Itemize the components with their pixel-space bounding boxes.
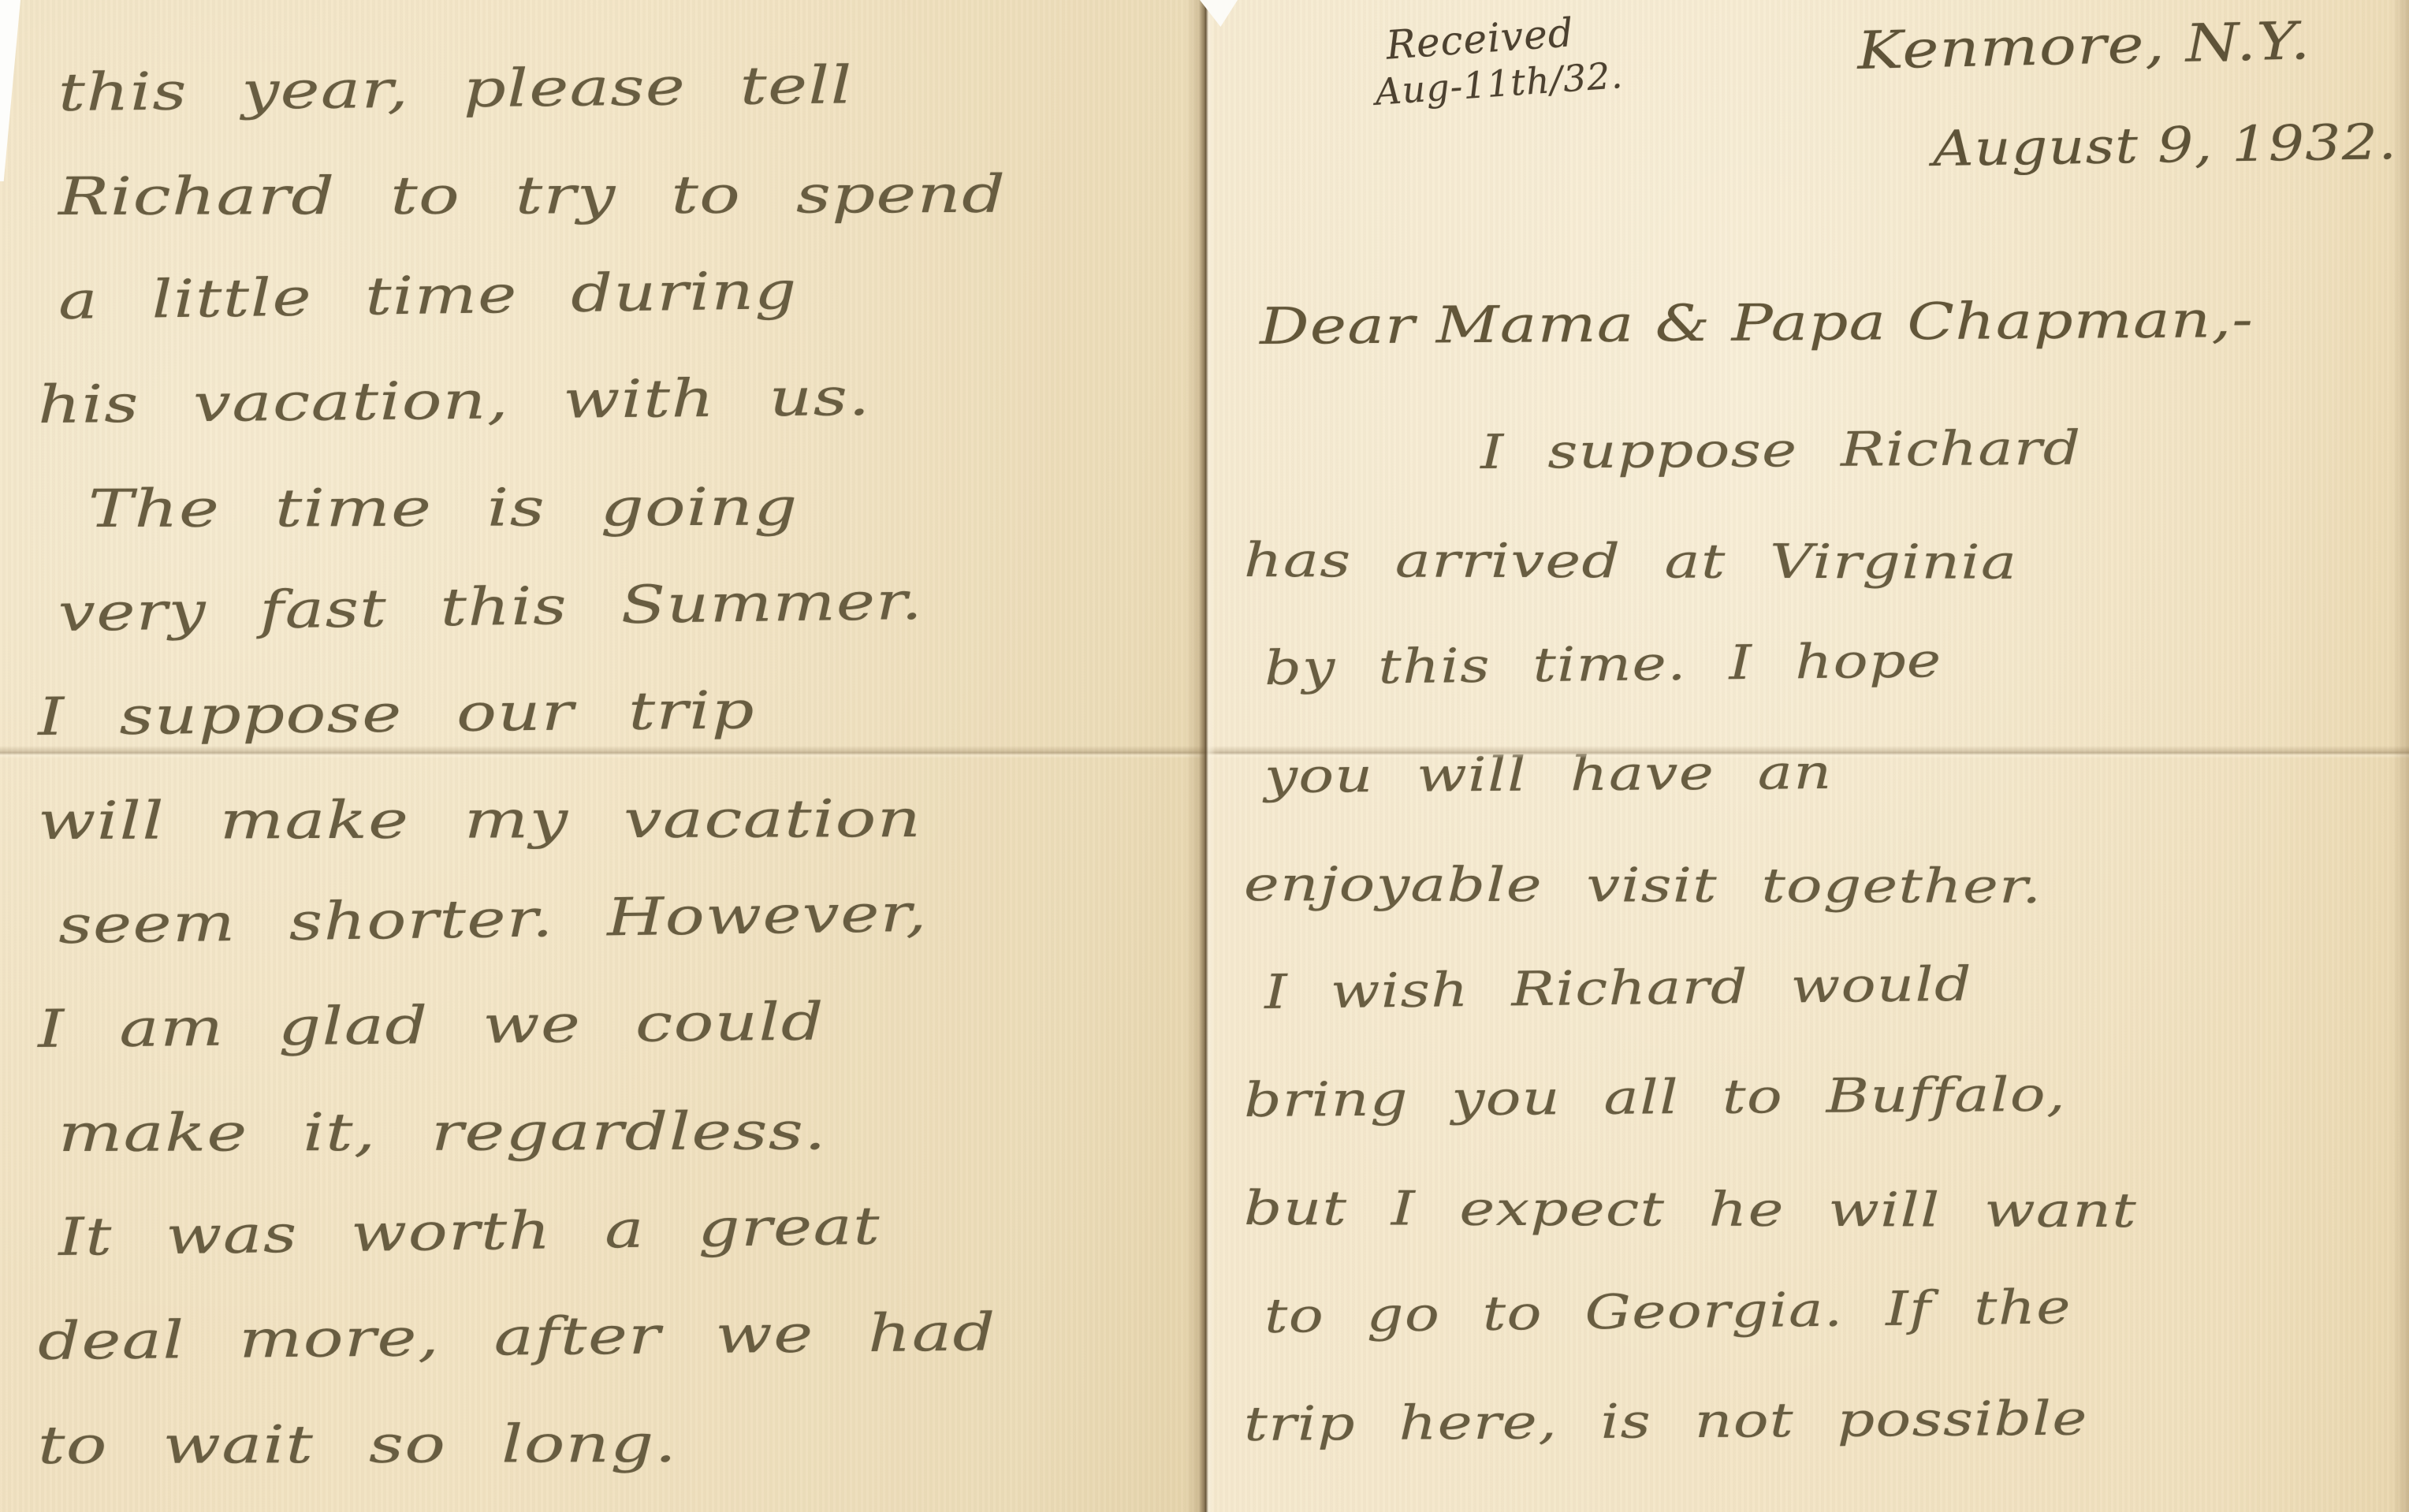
letter-place: Kenmore, N.Y. xyxy=(1856,10,2311,81)
handwriting-line: has arrived at Virginia xyxy=(1244,507,2409,619)
handwriting-line: enjoyable visit together. xyxy=(1244,831,2409,943)
handwriting-line: this year, please tell xyxy=(58,27,1506,145)
handwriting-line: but I expect he will want xyxy=(1244,1155,2409,1267)
left-page-text: this year, please tell Richard to try to… xyxy=(38,41,1189,1498)
handwriting-line: you will have an xyxy=(1264,713,2409,831)
handwriting-line: I suppose Richard xyxy=(1480,391,2409,507)
right-page-text: I suppose Richard has arrived at Virgini… xyxy=(1244,399,2395,1479)
handwriting-line: a little time during xyxy=(58,229,1484,353)
handwriting-line: trip here, is not possible xyxy=(1243,1361,2409,1479)
paper-edge-shadow xyxy=(2392,0,2409,1512)
handwriting-line: to go to Georgia. If the xyxy=(1264,1247,2409,1371)
handwriting-line: I wish Richard would xyxy=(1264,923,2409,1047)
letter-scan: Received Aug-11th/32. Kenmore, N.Y. Augu… xyxy=(0,0,2409,1512)
handwriting-line: by this time. I hope xyxy=(1264,599,2409,723)
handwriting-line: bring you all to Buffalo, xyxy=(1243,1037,2409,1155)
center-fold-seam xyxy=(1186,0,1220,1512)
letter-date: August 9, 1932. xyxy=(1932,113,2397,177)
